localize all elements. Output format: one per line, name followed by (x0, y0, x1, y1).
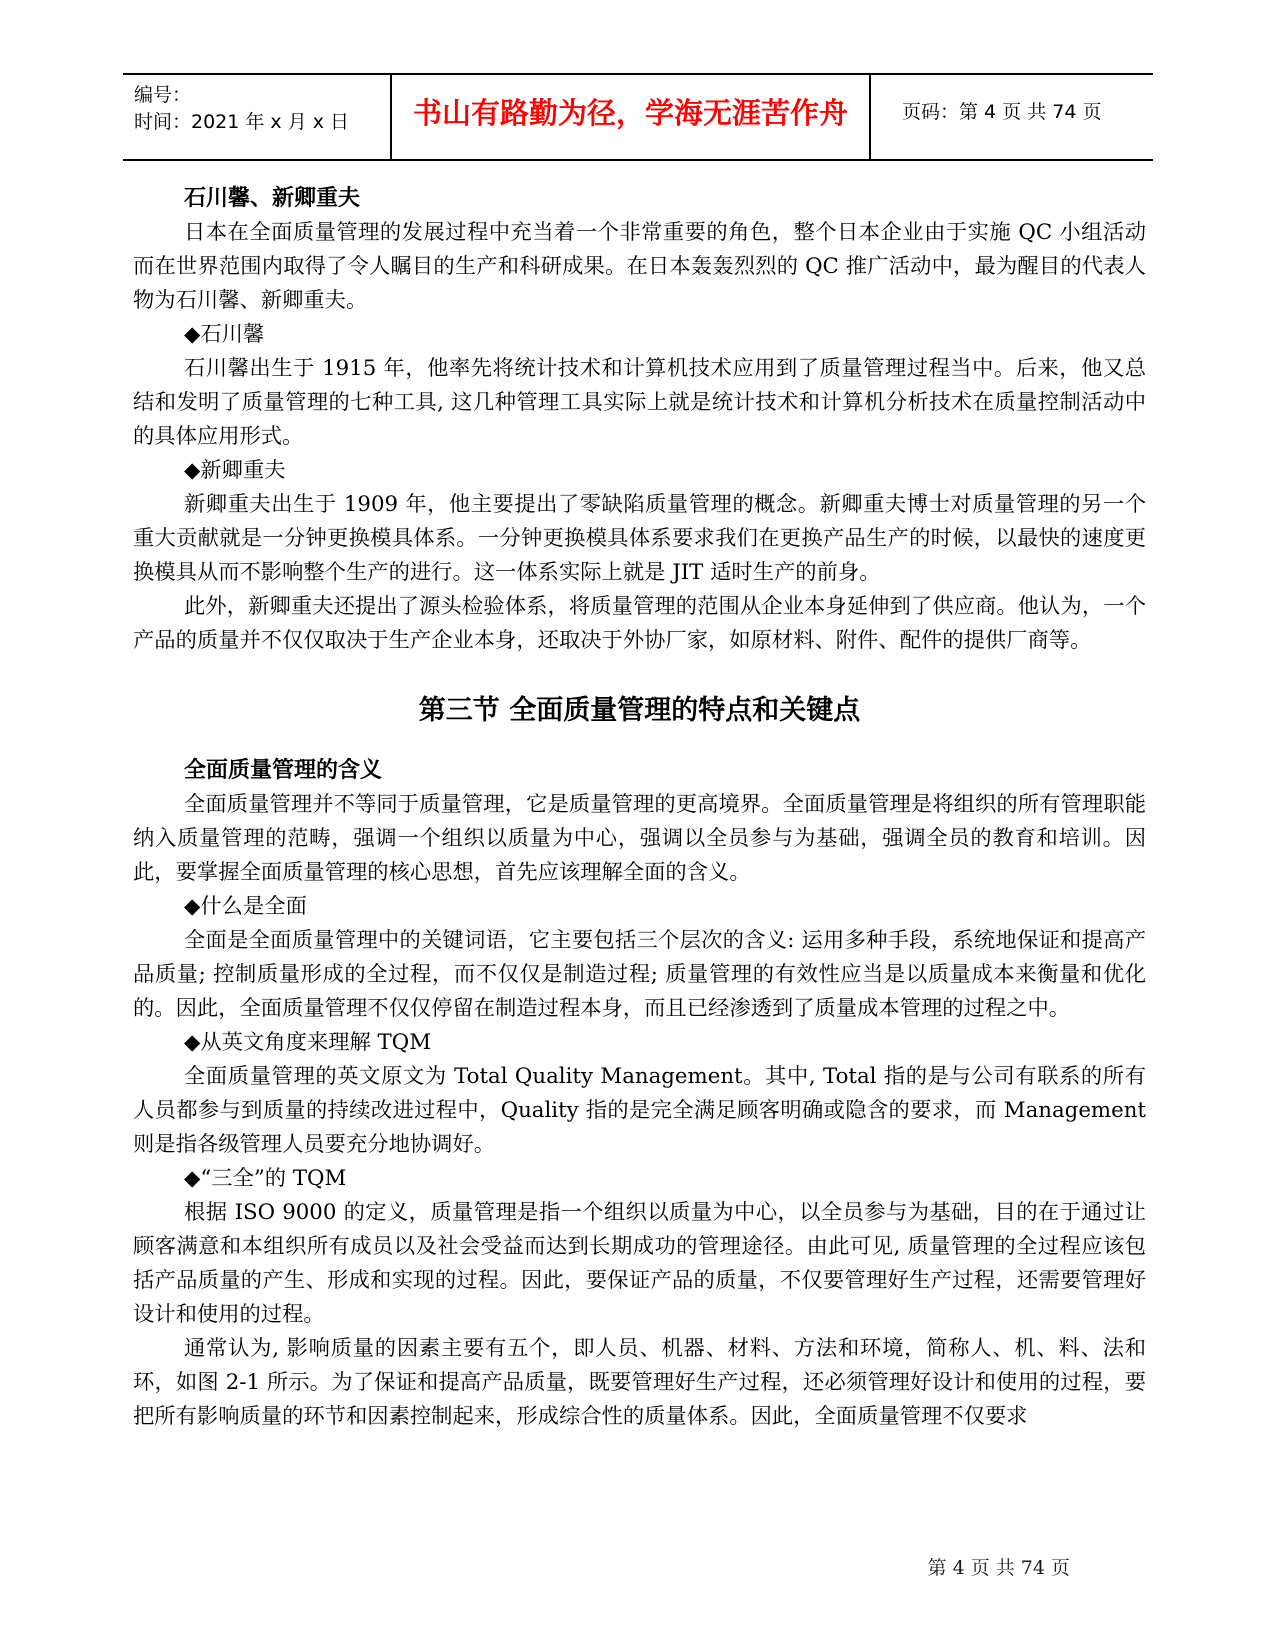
paragraph: 此外，新卿重夫还提出了源头检验体系，将质量管理的范围从企业本身延伸到了供应商。他… (133, 590, 1146, 658)
bullet-item: ◆新卿重夫 (133, 454, 1146, 488)
bullet-item: ◆从英文角度来理解 TQM (133, 1026, 1146, 1060)
paragraph: 全面质量管理的英文原文为 Total Quality Management。其中… (133, 1060, 1146, 1162)
paragraph: 根据 ISO 9000 的定义，质量管理是指一个组织以质量为中心，以全员参与为基… (133, 1196, 1146, 1332)
paragraph: 通常认为, 影响质量的因素主要有五个，即人员、机器、材料、方法和环境，简称人、机… (133, 1332, 1146, 1434)
bullet-item: ◆“三全”的 TQM (133, 1162, 1146, 1196)
header-slogan: 书山有路勤为径，学海无涯苦作舟 (413, 91, 848, 132)
document-page: 编号： 时间：2021 年 x 月 x 日 书山有路勤为径，学海无涯苦作舟 页码… (0, 0, 1275, 1650)
paragraph: 全面质量管理并不等同于质量管理，它是质量管理的更高境界。全面质量管理是将组织的所… (133, 788, 1146, 890)
header-table: 编号： 时间：2021 年 x 月 x 日 书山有路勤为径，学海无涯苦作舟 页码… (123, 73, 1153, 161)
paragraph: 新卿重夫出生于 1909 年，他主要提出了零缺陷质量管理的概念。新卿重夫博士对质… (133, 488, 1146, 590)
paragraph: 石川馨出生于 1915 年，他率先将统计技术和计算机技术应用到了质量管理过程当中… (133, 352, 1146, 454)
section-heading: 第三节 全面质量管理的特点和关键点 (133, 694, 1146, 728)
subheading: 石川馨、新卿重夫 (133, 182, 1146, 216)
doc-time-label: 时间：2021 年 x 月 x 日 (134, 109, 390, 136)
doc-number-label: 编号： (134, 82, 390, 109)
header-slogan-cell: 书山有路勤为径，学海无涯苦作舟 (390, 75, 871, 159)
document-body: 石川馨、新卿重夫日本在全面质量管理的发展过程中充当着一个非常重要的角色，整个日本… (133, 182, 1146, 1434)
bullet-item: ◆石川馨 (133, 318, 1146, 352)
page-footer: 第 4 页 共 74 页 (928, 1553, 1070, 1580)
header-meta-cell: 编号： 时间：2021 年 x 月 x 日 (123, 75, 390, 159)
header-page-label: 页码：第 4 页 共 74 页 (902, 97, 1101, 124)
subheading: 全面质量管理的含义 (133, 754, 1146, 788)
paragraph: 全面是全面质量管理中的关键词语，它主要包括三个层次的含义: 运用多种手段，系统地… (133, 924, 1146, 1026)
bullet-item: ◆什么是全面 (133, 890, 1146, 924)
header-page-cell: 页码：第 4 页 共 74 页 (871, 75, 1153, 159)
paragraph: 日本在全面质量管理的发展过程中充当着一个非常重要的角色，整个日本企业由于实施 Q… (133, 216, 1146, 318)
